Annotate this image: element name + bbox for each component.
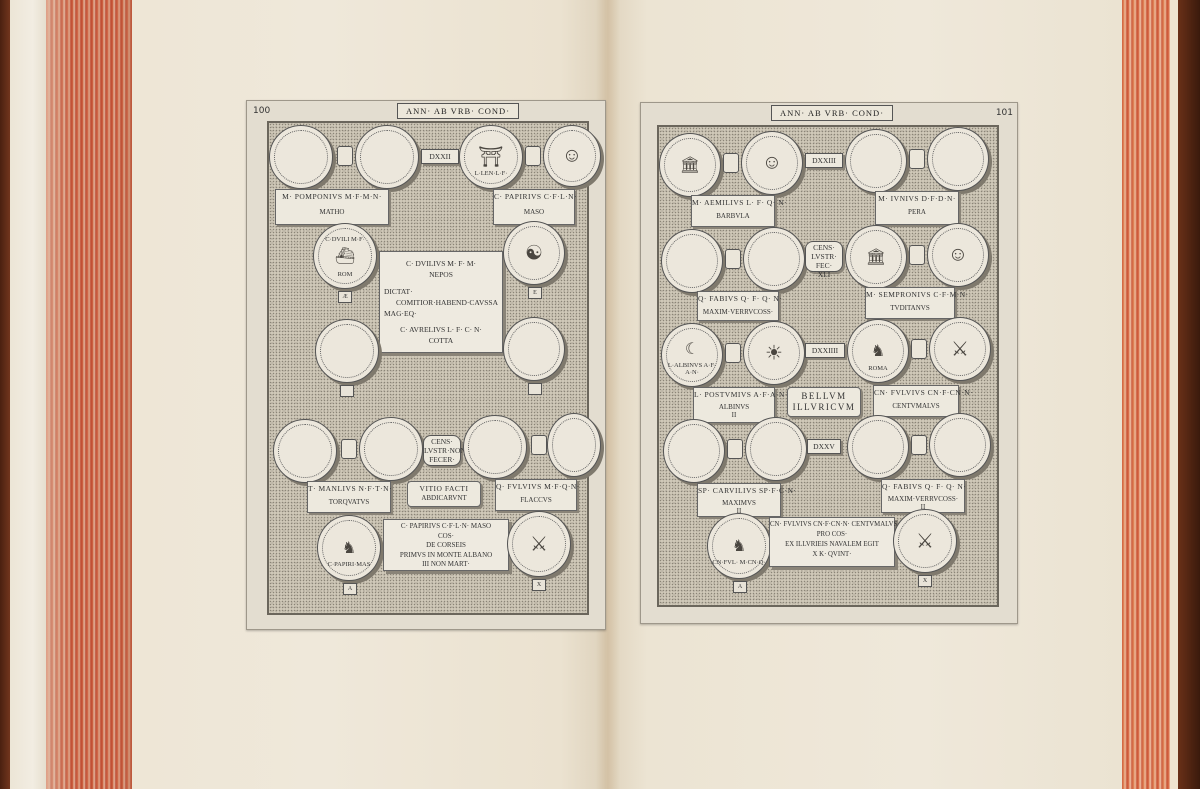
year-tag: DXXIII xyxy=(805,153,843,168)
coin-bearded-head: ☺ xyxy=(927,223,989,287)
magistrate-label: M· POMPONIVS M·F·M·N· MATHO xyxy=(275,189,389,225)
magistrate-label: SP· CARVILIVS SP·F·C·N· MAXIMVS II xyxy=(697,483,781,517)
coin-connector xyxy=(337,146,353,166)
helmeted-head-icon: ⚔ xyxy=(530,532,548,557)
year-tag: DXXV xyxy=(807,439,841,454)
coin-stand: E xyxy=(528,287,542,299)
book-cover-right xyxy=(1178,0,1200,789)
bearded-head-icon: ☺ xyxy=(948,244,968,267)
coin-roma-helmet: ⚔ xyxy=(893,509,957,573)
helmeted-head-icon: ⚔ xyxy=(951,337,969,362)
coin-blank xyxy=(359,417,423,481)
coin-stand: Æ xyxy=(338,291,352,303)
coin-stand xyxy=(528,383,542,395)
coin-connector xyxy=(725,249,741,269)
basilica-icon: 🏛 xyxy=(680,155,700,175)
magistrate-label: T· MANLIVS N·F·T·N· TORQVATVS xyxy=(307,481,391,513)
coin-blank xyxy=(503,317,565,381)
helmeted-head-icon: ⚔ xyxy=(916,529,934,554)
magistrate-label: Q· FVLVIVS M·F·Q·N· FLACCVS xyxy=(495,479,577,511)
coin-connector xyxy=(525,146,541,166)
coin-connector xyxy=(725,343,741,363)
coin-stand: A xyxy=(343,583,357,595)
coin-connector xyxy=(911,435,927,455)
portrait-head-icon: ☺ xyxy=(762,152,782,175)
horseman-icon: ♞ xyxy=(871,341,885,361)
inscription-panel: C· PAPIRIVS C·F·L·N· MASO COS· DE CORSEI… xyxy=(383,519,509,571)
portrait-head-icon: ☺ xyxy=(562,145,582,168)
coin-blank xyxy=(927,127,989,191)
coin-stand: X xyxy=(918,575,932,587)
page-edges-left xyxy=(46,0,134,789)
coin-blank xyxy=(315,319,379,383)
page-number: 101 xyxy=(996,108,1013,118)
coin-head-right: ☺ xyxy=(543,125,601,187)
coin-blank xyxy=(355,125,419,189)
coin-basilica: 🏛 xyxy=(659,133,721,197)
coin-roma-helmet: ⚔ xyxy=(929,317,991,381)
coin-stand: X xyxy=(532,579,546,591)
inscription-panel: C· DVILIVS M· F· M· NEPOS DICTAT· COMITI… xyxy=(379,251,503,353)
ship-icon: ⛴ xyxy=(335,246,355,266)
magistrate-label: C· PAPIRIVS C·F·L·N· MASO xyxy=(493,189,575,225)
census-tag: CENS· LVSTR· FEC· XLI xyxy=(805,241,843,272)
left-plate: 100 ANN· AB VRB· COND· DXXII ⛩ L·LEN·L·F… xyxy=(246,100,606,630)
inscription-panel: CN· FVLVIVS CN·F·CN·N· CENTVMALVS PRO CO… xyxy=(769,517,895,567)
coin-stand: A xyxy=(733,581,747,593)
coin-connector xyxy=(723,153,739,173)
right-plate: 101 ANN· AB VRB· COND· 🏛 ☺ DXXIII M· AEM… xyxy=(640,102,1018,624)
magistrate-label: L· POSTVMIVS A·F·A·N· ALBINVS II xyxy=(693,387,775,423)
coin-temple: 🏛 xyxy=(845,225,907,289)
coin-biga: ♞ C·PAPIRI·MAS xyxy=(317,515,381,581)
coin-biga: ♞ CN·FVL· M·CN·Q· xyxy=(707,513,771,579)
magistrate-label: M· SEMPRONIVS C·F·M·N· TVDITANVS xyxy=(865,287,955,319)
arch-icon: ⛩ xyxy=(478,145,503,170)
page-number: 100 xyxy=(253,106,270,116)
census-tag: CENS· LVSTR·NON FECER· xyxy=(423,435,461,466)
radiate-head-icon: ☀ xyxy=(765,341,783,366)
coin-connector xyxy=(909,149,925,169)
temple-icon: 🏛 xyxy=(866,247,886,267)
running-head: ANN· AB VRB· COND· xyxy=(771,105,893,121)
coin-roma-helmet: ⚔ xyxy=(507,511,571,577)
coin-quadriga-arch: ⛩ L·LEN·L·F· xyxy=(459,125,523,189)
coin-blank xyxy=(929,413,991,477)
war-label: BELLVM ILLVRICVM xyxy=(787,387,861,417)
coin-connector xyxy=(531,435,547,455)
crescent-star-icon: ☾ xyxy=(685,339,699,359)
year-tag: DXXII xyxy=(421,149,459,164)
coin-janus: ☯ xyxy=(503,221,565,285)
coin-blank xyxy=(463,415,527,479)
coin-connector xyxy=(911,339,927,359)
coin-rostral: C·DVILI M·F· ⛴ ROM xyxy=(313,223,377,289)
coin-blank xyxy=(547,413,601,477)
coin-sol-radiate: ☀ xyxy=(743,321,805,385)
note-label: VITIO FACTI ABDICARVNT xyxy=(407,481,481,507)
coin-horseman: ♞ ROMA xyxy=(847,319,909,383)
coin-blank xyxy=(745,417,807,481)
coin-blank xyxy=(845,129,907,193)
janus-head-icon: ☯ xyxy=(525,241,543,266)
coin-connector xyxy=(341,439,357,459)
coin-stand xyxy=(340,385,354,397)
year-tag: DXXIIII xyxy=(805,343,845,358)
coin-blank xyxy=(847,415,909,479)
coin-connector xyxy=(909,245,925,265)
coin-blank xyxy=(661,229,723,293)
magistrate-label: CN· FVLVIVS CN·F·CN·N· CENTVMALVS xyxy=(873,385,959,417)
coin-blank xyxy=(663,419,725,483)
coin-connector xyxy=(727,439,743,459)
magistrate-label: Q· FABIVS Q· F· Q· N· MAXIM·VERRVCOSS· I… xyxy=(881,479,965,513)
magistrate-label: M· IVNIVS D·F·D·N· PERA xyxy=(875,191,959,225)
chariot-icon: ♞ xyxy=(342,538,356,558)
coin-crescent-stars: ☾ L·ALBINVS A·F· A·N· xyxy=(661,323,723,387)
coin-blank xyxy=(269,125,333,189)
coin-blank xyxy=(273,419,337,483)
flyleaf-left xyxy=(10,0,48,789)
coin-blank xyxy=(743,227,805,291)
running-head: ANN· AB VRB· COND· xyxy=(397,103,519,119)
chariot-icon: ♞ xyxy=(732,536,746,556)
magistrate-label: Q· FABIVS Q· F· Q· N· MAXIM·VERRVCOSS· xyxy=(697,291,779,321)
coin-veiled-head: ☺ xyxy=(741,131,803,195)
magistrate-label: M· AEMILIVS L· F· Q· N· BARBVLA xyxy=(691,195,775,227)
